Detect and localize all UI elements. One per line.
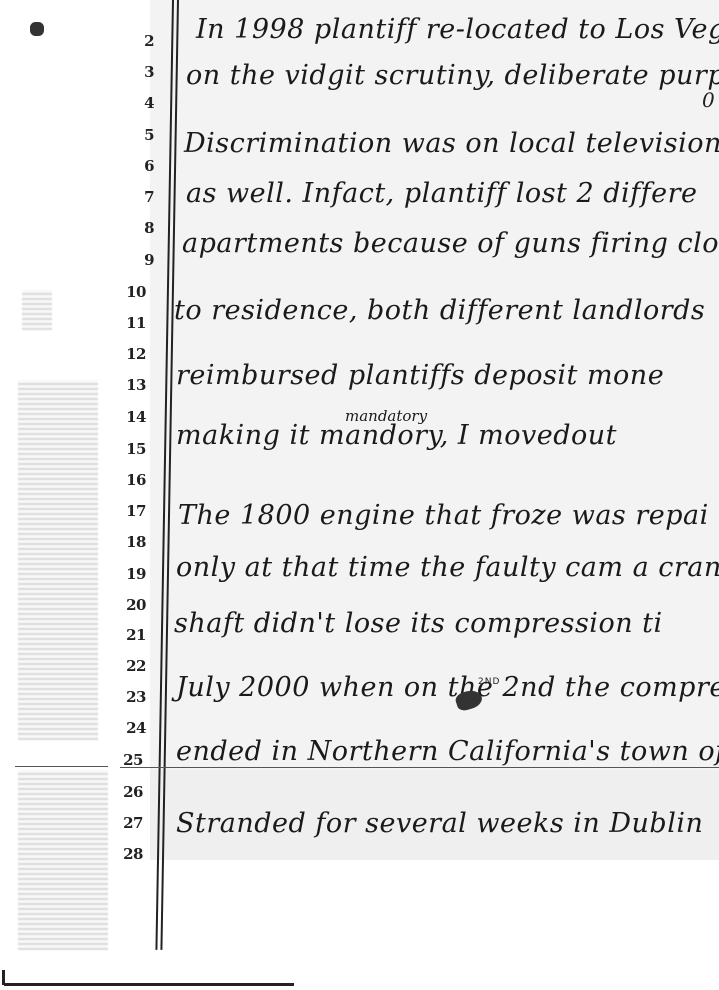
left-margin-rule (15, 766, 108, 767)
handwritten-line: as well. Infact, plantiff lost 2 differe (186, 178, 698, 209)
line-number: 11 (116, 314, 146, 332)
scan-noise (18, 380, 98, 740)
ink-blot (30, 22, 44, 36)
line-number: 2 (124, 32, 154, 50)
line-number: 16 (116, 471, 146, 489)
line-number: 14 (116, 408, 146, 426)
handwritten-line: The 1800 engine that froze was repai (178, 500, 709, 531)
line-number: 24 (116, 719, 146, 737)
handwritten-line: Stranded for several weeks in Dublin (176, 808, 703, 839)
line-number: 9 (124, 251, 154, 269)
handwritten-line: apartments because of guns firing clo (182, 228, 719, 259)
line-number: 26 (113, 783, 143, 801)
line-number: 27 (113, 814, 143, 832)
line-number: 23 (116, 688, 146, 706)
line-number: 17 (116, 502, 146, 520)
page-bottom-rule (4, 983, 294, 986)
handwritten-line: July 2000 when on the 2nd the compressio… (176, 672, 719, 703)
superscript-2nd: 2ND (478, 677, 500, 687)
line-25-rule (120, 767, 719, 768)
line-number: 7 (124, 188, 154, 206)
handwritten-line: In 1998 plantiff re-located to Los Vegas… (196, 14, 719, 45)
line-number: 3 (124, 63, 154, 81)
handwritten-line: ended in Northern California's town of D… (176, 736, 719, 767)
line-number: 4 (124, 94, 154, 112)
margin-mark: 0 (702, 88, 715, 112)
line-number: 18 (116, 533, 146, 551)
scanned-document-page: 2345678910111213141516171819202122232425… (0, 0, 719, 990)
line-number: 20 (116, 596, 146, 614)
line-number: 19 (116, 565, 146, 583)
line-number: 21 (116, 626, 146, 644)
line-number: 12 (116, 345, 146, 363)
handwritten-line: only at that time the faulty cam a crank (176, 552, 719, 583)
line-number: 15 (116, 440, 146, 458)
handwritten-line: on the vidgit scrutiny, deliberate purpo… (186, 60, 719, 91)
line-number: 8 (124, 219, 154, 237)
insertion-mandatory: mandatory (345, 407, 427, 425)
handwritten-line: Discrimination was on local television (184, 128, 719, 159)
line-number: 28 (113, 845, 143, 863)
handwritten-line: reimbursed plantiffs deposit mone (176, 360, 664, 391)
handwritten-line: shaft didn't lose its compression ti (174, 608, 663, 639)
line-number: 6 (124, 157, 154, 175)
line-number: 22 (116, 657, 146, 675)
line-number: 5 (124, 126, 154, 144)
handwritten-line: to residence, both different landlords (174, 295, 705, 326)
scan-noise (22, 290, 52, 330)
line-number: 10 (116, 283, 146, 301)
line-number: 13 (116, 376, 146, 394)
scan-noise (18, 770, 108, 950)
